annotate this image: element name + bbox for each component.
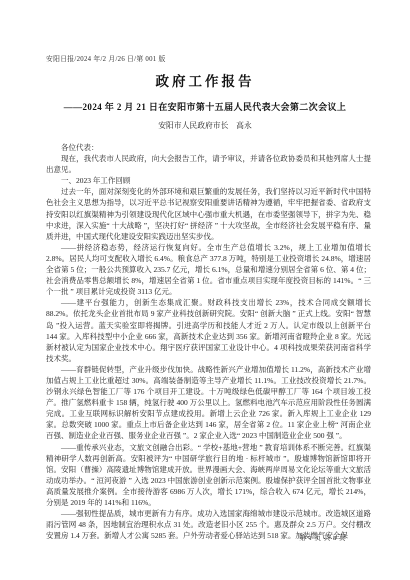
- paragraph-industry: ——育群链促转型，产业升级步伐加快。战略性新兴产业增加值增长 11.2%，高新技…: [46, 364, 371, 442]
- paragraph-culture-tourism: ——重传承兴业态，文旅文创融合出彩。“ 学校+基地+营地 ” 教育培训体系不断完…: [46, 442, 371, 509]
- report-title: 政府工作报告: [0, 70, 410, 90]
- page-number: 第 1 页 共 8 页: [299, 532, 346, 542]
- document-page: 安阳日报/2024 年/2 月/26 日/第 001 版 政府工作报告 ——20…: [0, 0, 410, 580]
- paragraph-overview: 过去一年，面对深刻变化的外部环境和艰巨繁重的发展任务，我们坚持以习近平新时代中国…: [46, 186, 371, 241]
- salutation: 各位代表：: [46, 142, 371, 153]
- section-heading-2023-review: 一、2023 年工作回顾: [46, 175, 371, 186]
- paragraph-economy: ——拼经济稳态势，经济运行恢复向好。全市生产总值增长 3.2%，规上工业增加值增…: [46, 242, 371, 297]
- masthead: 安阳日报/2024 年/2 月/26 日/第 001 版: [46, 53, 166, 63]
- byline: 安阳市人民政府市长 高永: [0, 120, 410, 131]
- report-body: 各位代表： 现在，我代表市人民政府，向大会报告工作，请予审议，并请各位政协委员和…: [46, 142, 371, 541]
- paragraph-opening: 现在，我代表市人民政府，向大会报告工作，请予审议，并请各位政协委员和其他列席人士…: [46, 153, 371, 175]
- report-subtitle: ——2024 年 2 月 21 日在安阳市第十五届人民代表大会第二次会议上: [0, 100, 410, 113]
- paragraph-innovation: ——建平台强能力，创新生态集成汇聚。财政科技支出增长 23%，技术合同成交额增长…: [46, 297, 371, 364]
